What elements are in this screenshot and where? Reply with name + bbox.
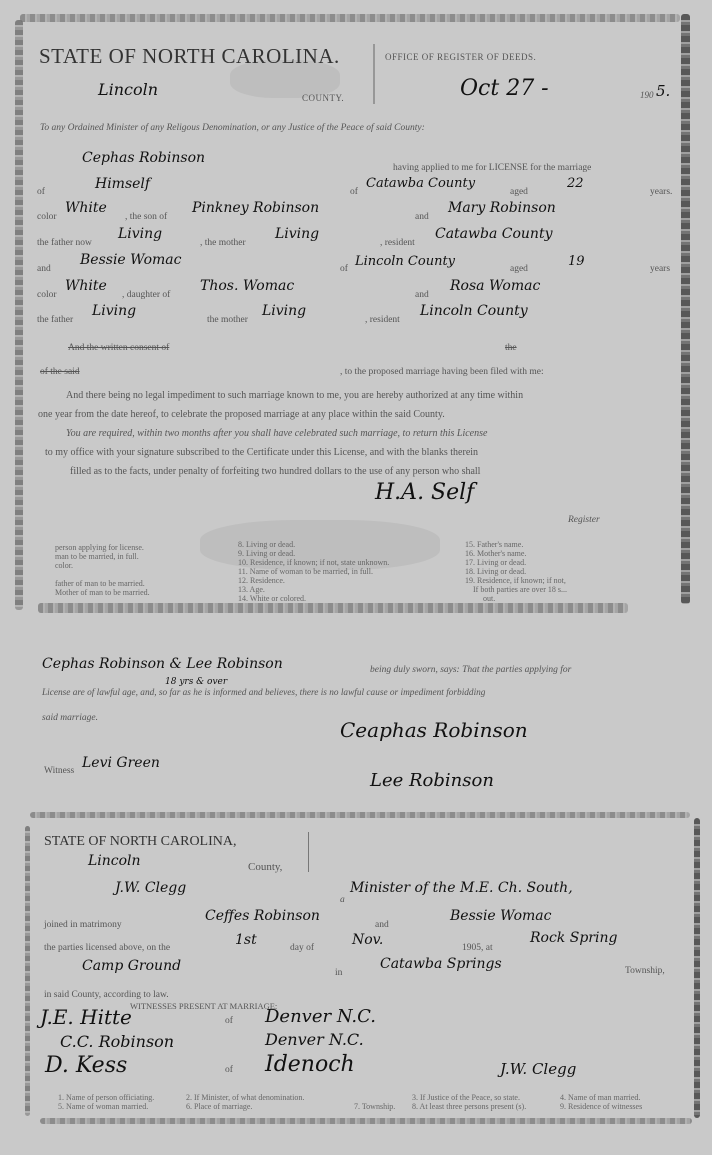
officiant-signature: J.W. Clegg bbox=[500, 1060, 576, 1078]
bride-residence: Lincoln County bbox=[355, 254, 455, 269]
joined-label: joined in matrimony bbox=[44, 920, 122, 930]
bride-resident-label: , resident bbox=[365, 315, 400, 325]
footnote: 4. Name of man married. bbox=[560, 1093, 670, 1102]
witness-1-name: J.E. Hitte bbox=[40, 1005, 132, 1029]
return-paragraph-2: to my office with your signature subscri… bbox=[45, 447, 478, 458]
of-the-said-struck-text: of the said bbox=[40, 367, 80, 377]
footnote: Mother of man to be married. bbox=[55, 588, 150, 597]
license-footnotes-col3: 15. Father's name. 16. Mother's name. 17… bbox=[465, 540, 567, 603]
township-label: Township, bbox=[625, 966, 665, 976]
footnote: 16. Mother's name. bbox=[465, 549, 567, 558]
return-paragraph: You are required, within two months afte… bbox=[66, 428, 487, 439]
license-border-top bbox=[20, 14, 680, 22]
footnote: 13. Age. bbox=[238, 585, 389, 594]
certificate-bride: Bessie Womac bbox=[450, 908, 552, 924]
groom-color: White bbox=[65, 200, 107, 216]
witness-1-of: of bbox=[225, 1016, 233, 1026]
license-county-value: Lincoln bbox=[98, 80, 158, 99]
certificate-state-title: STATE OF NORTH CAROLINA, bbox=[44, 834, 237, 850]
affidavit-line2: License are of lawful age, and, so far a… bbox=[42, 688, 485, 698]
license-footnotes-col2: 8. Living or dead. 9. Living or dead. 10… bbox=[238, 540, 389, 603]
certificate-state-divider bbox=[308, 832, 309, 872]
license-state-title: STATE OF NORTH CAROLINA. bbox=[39, 44, 340, 69]
the-struck-text: the bbox=[505, 343, 517, 353]
applicant-value: Cephas Robinson bbox=[82, 150, 205, 166]
footnote: 11. Name of woman to be married, in full… bbox=[238, 567, 389, 576]
of-label: of bbox=[37, 187, 45, 197]
resident-label: , resident bbox=[380, 238, 415, 248]
certificate-border-top bbox=[30, 812, 690, 818]
header-divider bbox=[373, 44, 375, 104]
color-label: color bbox=[37, 212, 57, 222]
footnote: out. bbox=[465, 594, 567, 603]
certificate-border-right bbox=[694, 818, 700, 1118]
officiant-name: J.W. Clegg bbox=[115, 880, 186, 896]
footnote: color. bbox=[55, 561, 150, 570]
affidavit-line3: said marriage. bbox=[42, 713, 98, 723]
in-label: in bbox=[335, 968, 342, 978]
witness-1-place: Denver N.C. bbox=[265, 1006, 376, 1027]
bride-father-status: Living bbox=[92, 303, 136, 319]
footnote: 7. Township. bbox=[354, 1102, 394, 1111]
bride-years-label: years bbox=[650, 264, 670, 274]
age-insert-note: 18 yrs & over bbox=[165, 677, 227, 687]
footnote: 2. If Minister, of what denomination. bbox=[186, 1093, 336, 1102]
bride-color-label: color bbox=[37, 290, 57, 300]
groom-residence: Catawba County bbox=[366, 176, 475, 191]
certificate-border-left bbox=[25, 826, 30, 1116]
bride-parents-residence: Lincoln County bbox=[420, 303, 528, 319]
groom-father: Pinkney Robinson bbox=[192, 200, 319, 216]
license-year-suffix: 5. bbox=[656, 82, 670, 100]
license-date-value: Oct 27 - bbox=[460, 76, 549, 101]
parties-label: the parties licensed above, on the bbox=[44, 943, 170, 953]
years-label: years. bbox=[650, 187, 672, 197]
license-county-label: COUNTY. bbox=[302, 93, 344, 103]
footnote: 6. Place of marriage. bbox=[186, 1102, 336, 1111]
groom-of-label: of bbox=[350, 187, 358, 197]
bride-aged-label: aged bbox=[510, 264, 528, 274]
township-value: Catawba Springs bbox=[380, 956, 502, 972]
father-now-label: the father now bbox=[37, 238, 92, 248]
authorization-paragraph: And there being no legal impediment to s… bbox=[66, 390, 523, 401]
footnote: 8. Living or dead. bbox=[238, 540, 389, 549]
bride-father: Thos. Womac bbox=[200, 278, 294, 294]
son-of-label: , the son of bbox=[125, 212, 167, 222]
daughter-of-label: , daughter of bbox=[122, 290, 170, 300]
bride-color: White bbox=[65, 278, 107, 294]
bride-mother-status: Living bbox=[262, 303, 306, 319]
officiant-title: Minister of the M.E. Ch. South, bbox=[350, 880, 573, 896]
witness-3-place: Idenoch bbox=[265, 1052, 355, 1077]
and-label: and bbox=[415, 212, 429, 222]
footnote: 15. Father's name. bbox=[465, 540, 567, 549]
law-label: in said County, according to law. bbox=[44, 990, 169, 1000]
license-year-prefix: 190 bbox=[640, 90, 654, 100]
office-label: OFFICE OF REGISTER OF DEEDS. bbox=[385, 52, 536, 62]
witness-3-name: D. Kess bbox=[45, 1053, 127, 1078]
day-value: 1st bbox=[235, 932, 257, 948]
affiants-signature: Cephas Robinson & Lee Robinson bbox=[42, 656, 283, 672]
bride-age: 19 bbox=[568, 254, 585, 269]
month-value: Nov. bbox=[352, 932, 383, 948]
mother-label: , the mother bbox=[200, 238, 246, 248]
witness-2-place: Denver N.C. bbox=[265, 1030, 364, 1049]
consent-filed-text: , to the proposed marriage having been f… bbox=[340, 367, 544, 377]
footnote: 18. Living or dead. bbox=[465, 567, 567, 576]
footnote: 1. Name of person officiating. bbox=[58, 1093, 168, 1102]
bride-and-label: and bbox=[37, 264, 51, 274]
license-border-right bbox=[681, 14, 690, 604]
certificate-county-label: County, bbox=[248, 861, 282, 873]
footnote: 19. Residence, if known; if not, bbox=[465, 576, 567, 585]
authorization-paragraph-2: one year from the date hereof, to celebr… bbox=[38, 409, 445, 420]
footnote: person applying for license. bbox=[55, 543, 150, 552]
certificate-county-value: Lincoln bbox=[88, 853, 141, 869]
footnote: 9. Residence of witnesses bbox=[560, 1102, 670, 1111]
groom-mother: Mary Robinson bbox=[448, 200, 556, 216]
day-of-label: day of bbox=[290, 943, 314, 953]
bride-value: Bessie Womac bbox=[80, 252, 182, 268]
register-signature: H.A. Self bbox=[375, 480, 474, 505]
footnote: 8. At least three persons present (s). bbox=[412, 1102, 542, 1111]
bride-mother: Rosa Womac bbox=[450, 278, 540, 294]
certificate-footnotes: 1. Name of person officiating. 5. Name o… bbox=[58, 1093, 678, 1111]
salutation: To any Ordained Minister of any Religous… bbox=[40, 123, 425, 133]
license-footnotes-col1: person applying for license. man to be m… bbox=[55, 543, 150, 597]
place-value: Rock Spring bbox=[530, 930, 617, 946]
affiant-signature-1: Ceaphas Robinson bbox=[340, 718, 528, 742]
footnote: 9. Living or dead. bbox=[238, 549, 389, 558]
consent-struck-text: And the written consent of bbox=[68, 343, 169, 353]
witness-signature: Levi Green bbox=[82, 755, 160, 771]
place-value-2: Camp Ground bbox=[82, 958, 181, 974]
return-paragraph-3: filled as to the facts, under penalty of… bbox=[70, 466, 480, 477]
witness-2-name: C.C. Robinson bbox=[60, 1032, 174, 1051]
groom-age: 22 bbox=[567, 176, 584, 191]
sworn-text: being duly sworn, says: That the parties… bbox=[370, 665, 571, 675]
groom-parents-residence: Catawba County bbox=[435, 226, 552, 242]
bride-of-label: of bbox=[340, 264, 348, 274]
footnote: father of man to be married. bbox=[55, 579, 150, 588]
witness-label: Witness bbox=[44, 766, 74, 776]
year-label: 1905, at bbox=[462, 943, 493, 953]
footnote: 3. If Justice of the Peace, so state. bbox=[412, 1093, 542, 1102]
bride-and2-label: and bbox=[415, 290, 429, 300]
footnote: If both parties are over 18 s... bbox=[465, 585, 567, 594]
footnote: 12. Residence. bbox=[238, 576, 389, 585]
footnote: 17. Living or dead. bbox=[465, 558, 567, 567]
groom-value: Himself bbox=[95, 176, 150, 192]
witnesses-header: WITNESSES PRESENT AT MARRIAGE: bbox=[130, 1001, 277, 1011]
bride-mother-label: the mother bbox=[207, 315, 248, 325]
footnote: 14. White or colored. bbox=[238, 594, 389, 603]
groom-father-status: Living bbox=[118, 226, 162, 242]
aged-label: aged bbox=[510, 187, 528, 197]
footnote: 5. Name of woman married. bbox=[58, 1102, 168, 1111]
footnote: man to be married, in full. bbox=[55, 552, 150, 561]
affiant-signature-2: Lee Robinson bbox=[370, 770, 494, 791]
groom-mother-status: Living bbox=[275, 226, 319, 242]
witness-3-of: of bbox=[225, 1065, 233, 1075]
certificate-and-label: and bbox=[375, 920, 389, 930]
license-border-left bbox=[15, 20, 23, 610]
certificate-groom: Ceffes Robinson bbox=[205, 908, 320, 924]
footnote: 10. Residence, if known; if not, state u… bbox=[238, 558, 389, 567]
license-border-bottom bbox=[38, 603, 628, 613]
register-label: Register bbox=[568, 515, 600, 525]
bride-father-label: the father bbox=[37, 315, 73, 325]
applicant-label: having applied to me for LICENSE for the… bbox=[393, 163, 591, 173]
a-label: a bbox=[340, 895, 345, 905]
certificate-border-bottom bbox=[40, 1118, 692, 1124]
